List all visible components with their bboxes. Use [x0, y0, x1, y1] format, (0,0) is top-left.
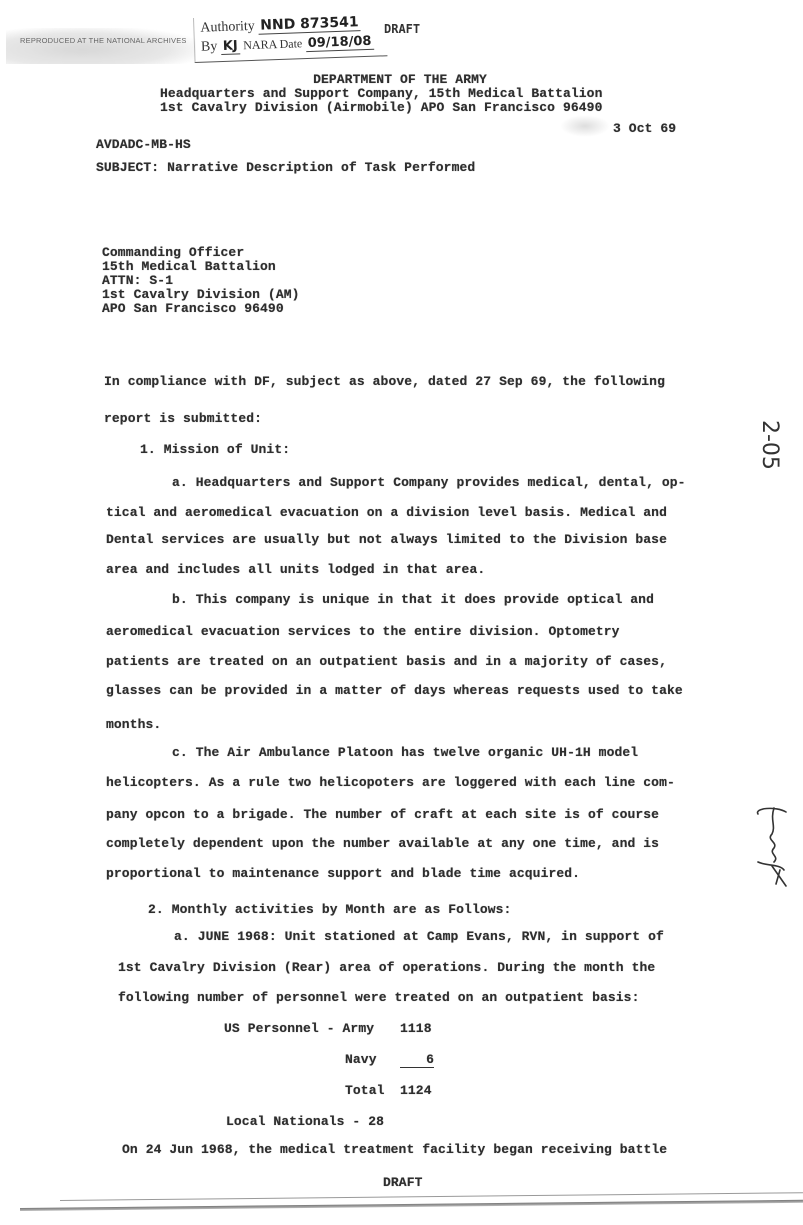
body-line: Dental services are usually but not alwa…: [106, 532, 667, 547]
nara-date-value: 09/18/08: [305, 34, 373, 52]
draft-marking-bottom: DRAFT: [383, 1175, 423, 1190]
body-line: following number of personnel were treat…: [118, 990, 639, 1005]
stamp-smudge: [560, 115, 610, 137]
total-label: Total: [345, 1083, 385, 1098]
body-line: glasses can be provided in a matter of d…: [106, 683, 683, 698]
addressee-line: ATTN: S-1: [102, 273, 173, 288]
body-line: In compliance with DF, subject as above,…: [104, 374, 665, 389]
body-line: c. The Air Ambulance Platoon has twelve …: [172, 745, 638, 760]
body-line: completely dependent upon the number ava…: [106, 836, 659, 851]
archive-stamp-text: REPRODUCED AT THE NATIONAL ARCHIVES: [20, 36, 187, 45]
body-line: months.: [106, 717, 161, 732]
nara-date-label: NARA Date: [243, 36, 302, 52]
us-personnel-label: US Personnel - Army: [224, 1021, 374, 1036]
body-line: pany opcon to a brigade. The number of c…: [106, 807, 659, 822]
body-line: area and includes all units lodged in th…: [106, 562, 485, 577]
body-line: aeromedical evacuation services to the e…: [106, 624, 620, 639]
addressee-line: 15th Medical Battalion: [102, 259, 276, 274]
navy-label: Navy: [345, 1052, 377, 1067]
letterhead-division: 1st Cavalry Division (Airmobile) APO San…: [160, 100, 602, 115]
body-line: 1st Cavalry Division (Rear) area of oper…: [118, 960, 655, 975]
letterhead-department: DEPARTMENT OF THE ARMY: [200, 72, 600, 87]
body-line: a. Headquarters and Support Company prov…: [172, 475, 686, 490]
body-line: report is submitted:: [104, 411, 262, 426]
subject-label: SUBJECT:: [96, 160, 159, 175]
body-line: a. JUNE 1968: Unit stationed at Camp Eva…: [174, 929, 664, 944]
by-value: KJ: [221, 38, 240, 55]
body-line: On 24 Jun 1968, the medical treatment fa…: [122, 1142, 667, 1157]
addressee-line: APO San Francisco 96490: [102, 301, 284, 316]
scan-edge-shadow: [20, 1200, 803, 1211]
body-line: proportional to maintenance support and …: [106, 866, 580, 881]
local-nationals-count: Local Nationals - 28: [226, 1114, 384, 1129]
document-date: 3 Oct 69: [613, 121, 676, 136]
draft-marking-top: DRAFT: [384, 22, 420, 36]
margin-page-code: 2-05: [757, 420, 782, 470]
subject-text: Narrative Description of Task Performed: [167, 160, 475, 175]
by-label: By: [201, 39, 218, 55]
authority-label: Authority: [200, 19, 255, 36]
total-count: 1124: [400, 1083, 432, 1098]
scan-edge-line: [60, 1192, 803, 1201]
section-2-heading: 2. Monthly activities by Month are as Fo…: [148, 902, 511, 917]
addressee-line: 1st Cavalry Division (AM): [102, 287, 300, 302]
nara-line: By KJ NARA Date 09/18/08: [201, 34, 374, 56]
addressee-line: Commanding Officer: [102, 245, 244, 260]
section-1-heading: 1. Mission of Unit:: [140, 442, 290, 457]
authority-value: NND 873541: [258, 14, 361, 35]
archive-reproduction-stamp: REPRODUCED AT THE NATIONAL ARCHIVES: [6, 28, 196, 64]
authority-line: Authority NND 873541: [200, 14, 361, 37]
army-count: 1118: [400, 1021, 432, 1036]
body-line: helicopters. As a rule two helicopoters …: [106, 775, 675, 790]
declassification-authority-box: Authority NND 873541 By KJ NARA Date 09/…: [193, 11, 387, 63]
body-line: tical and aeromedical evacuation on a di…: [106, 505, 667, 520]
initials-signature: [752, 800, 792, 890]
letterhead-unit: Headquarters and Support Company, 15th M…: [160, 86, 602, 101]
office-reference: AVDADC-MB-HS: [96, 137, 191, 152]
body-line: patients are treated on an outpatient ba…: [106, 654, 667, 669]
navy-count: 6: [400, 1052, 434, 1068]
body-line: b. This company is unique in that it doe…: [172, 592, 654, 607]
subject-line: SUBJECT: Narrative Description of Task P…: [96, 160, 475, 175]
